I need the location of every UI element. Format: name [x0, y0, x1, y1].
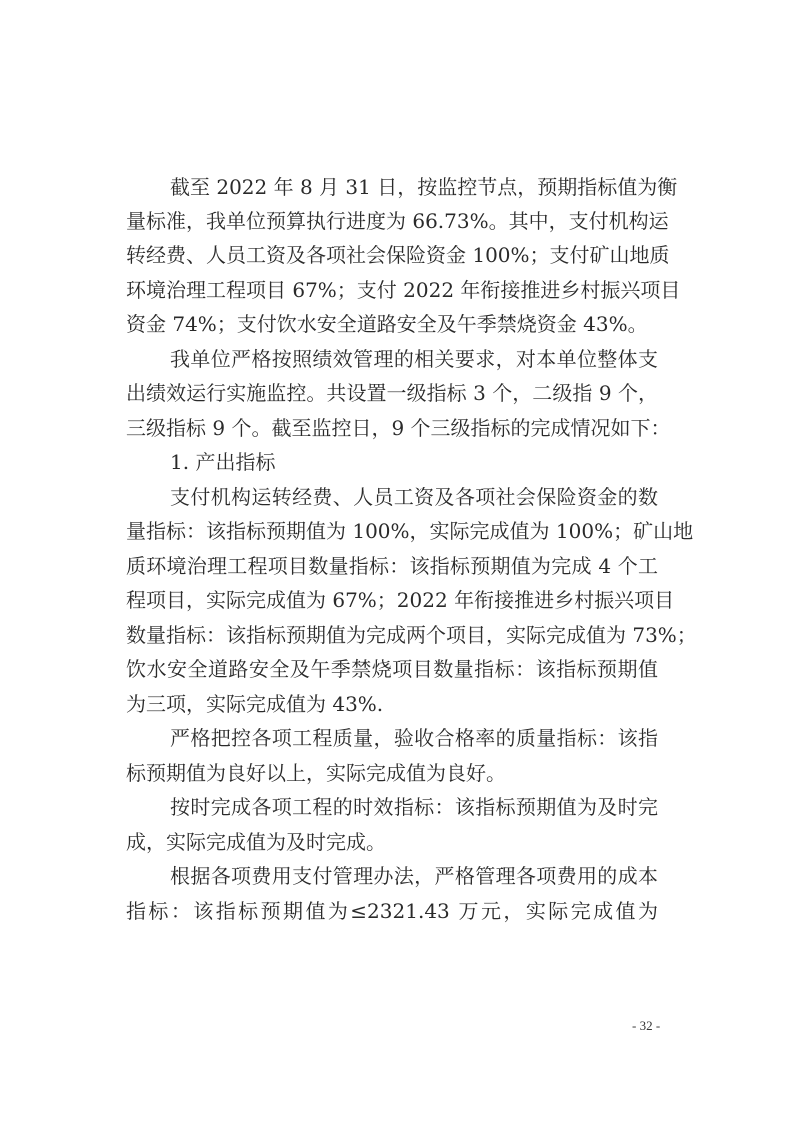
paragraph-line: 我单位严格按照绩效管理的相关要求，对本单位整体支	[170, 344, 658, 374]
paragraph-line: 根据各项费用支付管理办法，严格管理各项费用的成本	[170, 861, 658, 891]
paragraph-line: 指标：该指标预期值为≤2321.43 万元，实际完成值为	[126, 896, 658, 926]
paragraph-line: 三级指标 9 个。截至监控日，9 个三级指标的完成情况如下：	[126, 413, 658, 443]
paragraph-line: 为三项，实际完成值为 43%.	[126, 689, 658, 719]
paragraph-line: 出绩效运行实施监控。共设置一级指标 3 个，二级指 9 个，	[126, 378, 658, 408]
paragraph-line: 标预期值为良好以上，实际完成值为良好。	[126, 758, 658, 788]
paragraph-line: 严格把控各项工程质量，验收合格率的质量指标：该指	[170, 723, 658, 753]
paragraph-line: 量标准，我单位预算执行进度为 66.73%。其中，支付机构运	[126, 206, 658, 236]
paragraph-line: 截至 2022 年 8 月 31 日，按监控节点，预期指标值为衡	[170, 172, 658, 202]
paragraph-line: 资金 74%；支付饮水安全道路安全及午季禁烧资金 43%。	[126, 309, 658, 339]
paragraph-line: 饮水安全道路安全及午季禁烧项目数量指标：该指标预期值	[126, 654, 658, 684]
section-heading: 1. 产出指标	[170, 447, 658, 477]
paragraph-line: 环境治理工程项目 67%；支付 2022 年衔接推进乡村振兴项目	[126, 275, 658, 305]
page-number: - 32 -	[632, 1018, 660, 1034]
paragraph-line: 量指标：该指标预期值为 100%，实际完成值为 100%；矿山地	[126, 516, 658, 546]
document-page: 截至 2022 年 8 月 31 日，按监控节点，预期指标值为衡 量标准，我单位…	[0, 0, 793, 1122]
paragraph-line: 数量指标：该指标预期值为完成两个项目，实际完成值为 73%；	[126, 620, 658, 650]
paragraph-line: 程项目，实际完成值为 67%；2022 年衔接推进乡村振兴项目	[126, 585, 658, 615]
paragraph-line: 按时完成各项工程的时效指标：该指标预期值为及时完	[170, 792, 658, 822]
paragraph-line: 质环境治理工程项目数量指标：该指标预期值为完成 4 个工	[126, 551, 658, 581]
paragraph-line: 转经费、人员工资及各项社会保险资金 100%；支付矿山地质	[126, 240, 658, 270]
paragraph-line: 成，实际完成值为及时完成。	[126, 827, 658, 857]
paragraph-line: 支付机构运转经费、人员工资及各项社会保险资金的数	[170, 482, 658, 512]
